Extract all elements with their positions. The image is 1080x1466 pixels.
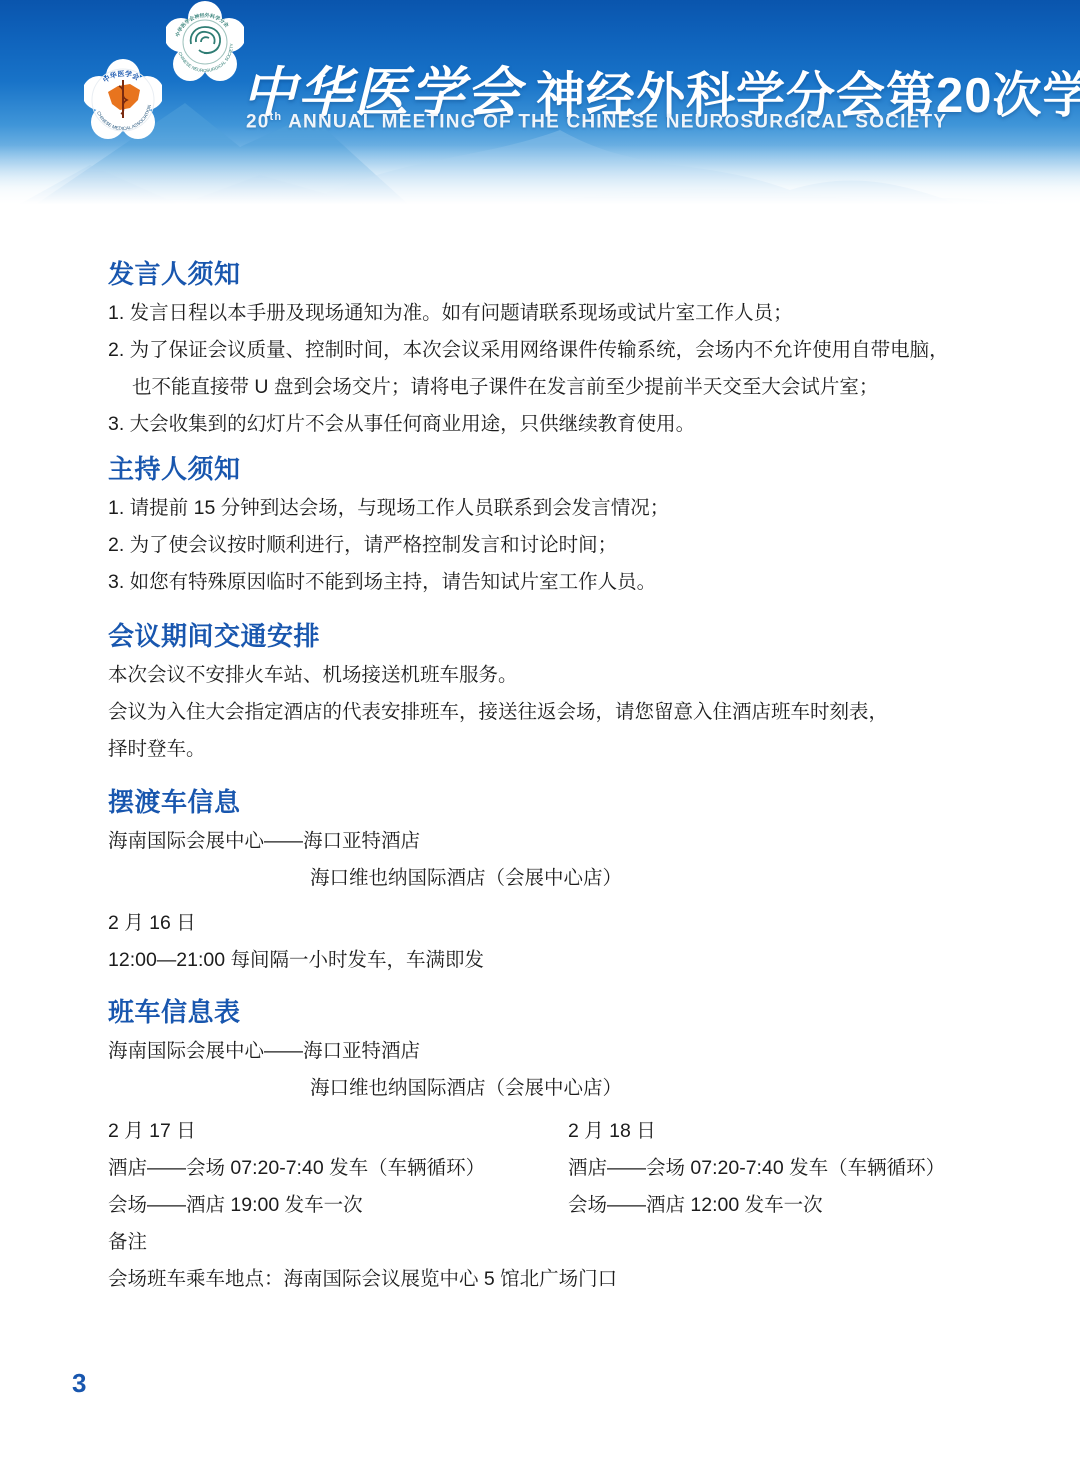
notice-line: 1. 请提前 15 分钟到达会场，与现场工作人员联系到会发言情况；: [108, 490, 990, 527]
page-header: 中华医学会 CHINESE MEDICAL ASSOCIATION 中华医学会神…: [0, 0, 1080, 215]
notice-line: 2. 为了使会议按时顺利进行，请严格控制发言和讨论时间；: [108, 527, 990, 564]
section-speaker-notice: 发言人须知 1. 发言日程以本手册及现场通知为准。如有问题请联系现场或试片室工作…: [108, 257, 990, 443]
english-subtitle: 20th ANNUAL MEETING OF THE CHINESE NEURO…: [246, 111, 947, 133]
subtitle-number: 20: [246, 111, 270, 132]
bus-route: 海南国际会展中心——海口亚特酒店: [108, 1033, 990, 1070]
shuttle-route: 海南国际会展中心——海口亚特酒店: [108, 823, 990, 860]
bus-run: 酒店——会场 07:20-7:40 发车（车辆循环）: [568, 1150, 990, 1187]
subtitle-text: ANNUAL MEETING OF THE CHINESE NEUROSURGI…: [282, 111, 947, 132]
section-heading: 发言人须知: [108, 257, 990, 291]
notice-line: 3. 如您有特殊原因临时不能到场主持，请告知试片室工作人员。: [108, 564, 990, 601]
bus-date: 2 月 18 日: [568, 1113, 990, 1150]
notice-line: 3. 大会收集到的幻灯片不会从事任何商业用途，只供继续教育使用。: [108, 406, 990, 443]
section-heading: 主持人须知: [108, 452, 990, 486]
bus-run: 会场——酒店 19:00 发车一次: [108, 1187, 568, 1224]
notice-line: 也不能直接带 U 盘到会场交片；请将电子课件在发言前至少提前半天交至大会试片室；: [108, 369, 990, 406]
cns-logo-icon: 中华医学会神经外科学分会 CHINESE NEUROSURGICAL SOCIE…: [166, 0, 244, 88]
bus-route: 海口维也纳国际酒店（会展中心店）: [108, 1070, 990, 1107]
transport-line: 择时登车。: [108, 731, 990, 768]
section-heading: 摆渡车信息: [108, 785, 990, 819]
bus-run: 酒店——会场 07:20-7:40 发车（车辆循环）: [108, 1150, 568, 1187]
notice-line: 2. 为了保证会议质量、控制时间，本次会议采用网络课件传输系统，会场内不允许使用…: [108, 332, 990, 369]
section-host-notice: 主持人须知 1. 请提前 15 分钟到达会场，与现场工作人员联系到会发言情况； …: [108, 452, 990, 601]
shuttle-date: 2 月 16 日: [108, 905, 990, 942]
transport-line: 本次会议不安排火车站、机场接送机班车服务。: [108, 657, 990, 694]
page-number: 3: [72, 1368, 86, 1399]
section-bus-table: 班车信息表 海南国际会展中心——海口亚特酒店 海口维也纳国际酒店（会展中心店） …: [108, 995, 990, 1298]
section-heading: 班车信息表: [108, 995, 990, 1029]
transport-line: 会议为入住大会指定酒店的代表安排班车，接送往返会场，请您留意入住酒店班车时刻表，: [108, 694, 990, 731]
bus-column-feb17: 2 月 17 日 酒店——会场 07:20-7:40 发车（车辆循环） 会场——…: [108, 1113, 568, 1224]
subtitle-ordinal: th: [270, 111, 283, 123]
mist-overlay: [0, 145, 1080, 215]
bus-column-feb18: 2 月 18 日 酒店——会场 07:20-7:40 发车（车辆循环） 会场——…: [568, 1113, 990, 1224]
section-transport: 会议期间交通安排 本次会议不安排火车站、机场接送机班车服务。 会议为入住大会指定…: [108, 619, 990, 768]
page-content: 发言人须知 1. 发言日程以本手册及现场通知为准。如有问题请联系现场或试片室工作…: [0, 215, 1080, 1298]
cma-logo-icon: 中华医学会 CHINESE MEDICAL ASSOCIATION: [84, 58, 162, 146]
note-label: 备注: [108, 1224, 990, 1261]
notice-line: 1. 发言日程以本手册及现场通知为准。如有问题请联系现场或试片室工作人员；: [108, 295, 990, 332]
section-heading: 会议期间交通安排: [108, 619, 990, 653]
conference-handbook-page: { "accent_color": "#1856ae", "header": {…: [0, 0, 1080, 1466]
bus-run: 会场——酒店 12:00 发车一次: [568, 1187, 990, 1224]
shuttle-route: 海口维也纳国际酒店（会展中心店）: [108, 860, 990, 897]
shuttle-schedule: 12:00—21:00 每间隔一小时发车，车满即发: [108, 942, 990, 979]
note-text: 会场班车乘车地点：海南国际会议展览中心 5 馆北广场门口: [108, 1261, 990, 1298]
bus-schedule-columns: 2 月 17 日 酒店——会场 07:20-7:40 发车（车辆循环） 会场——…: [108, 1113, 990, 1224]
section-shuttle-info: 摆渡车信息 海南国际会展中心——海口亚特酒店 海口维也纳国际酒店（会展中心店） …: [108, 785, 990, 979]
bus-date: 2 月 17 日: [108, 1113, 568, 1150]
